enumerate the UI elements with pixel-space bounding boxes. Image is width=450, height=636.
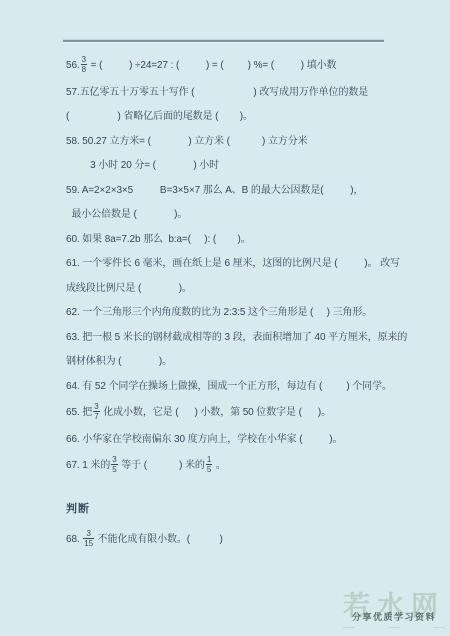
question-text: 56. <box>66 60 80 71</box>
fraction-denominator: 8 <box>81 64 87 74</box>
question-62: 62. 一个三角形三个内角度数的比为 2:3:5 这个三角形是 ( ) 三角形。 <box>66 305 422 320</box>
question-text: 57.五亿零五十万零五十写作 ( ) 改写成用万作单位的数是 <box>66 87 368 98</box>
section-heading-judge: 判断 <box>66 500 422 516</box>
watermark: 若水网 分享优质学习资料 —————— <box>333 592 450 631</box>
question-text: 61. 一个零件长 6 毫米，画在纸上是 6 厘米，这图的比例尺是 ( )。 改… <box>66 258 400 269</box>
fraction-numerator: 3 <box>81 55 87 64</box>
question-61-line2: 成线段比例尺是 ( )。 <box>66 281 422 296</box>
question-text: 化成小数，它是 ( ) 小数，第 50 位数字是 ( )。 <box>101 407 331 418</box>
question-63-line2: 钢材体积为 ( )。 <box>66 354 422 369</box>
question-68: 68. 315 不能化成有限小数。( ) <box>66 530 422 549</box>
question-text: 66. 小华家在学校南偏东 30 度方向上，学校在小华家 ( )。 <box>66 434 342 445</box>
question-text: 65. 把 <box>66 407 92 418</box>
fraction: 315 <box>82 529 95 548</box>
question-text: 钢材体积为 ( )。 <box>66 356 172 367</box>
question-text: 62. 一个三角形三个内角度数的比为 2:3:5 这个三角形是 ( ) 三角形。 <box>66 307 372 318</box>
question-text: 59. A=2×2×3×5 B=3×5×7 那么 A、B 的最大公因数是( )， <box>66 185 363 196</box>
question-59-line2: 最小公倍数是 ( )。 <box>66 207 422 222</box>
question-58-line1: 58. 50.27 立方米= ( ) 立方米 ( ) 立方分米 <box>66 134 422 149</box>
question-56: 56.38 = ( ) ÷24=27 : ( ) = ( ) %= ( ) 填小… <box>66 56 422 75</box>
question-text: 3 小时 20 分= ( ) 小时 <box>66 160 219 171</box>
question-57-line1: 57.五亿零五十万零五十写作 ( ) 改写成用万作单位的数是 <box>66 85 422 100</box>
question-text: 等于 ( ) 米的 <box>119 460 205 471</box>
question-text: 67. 1 米的 <box>66 460 110 471</box>
top-divider-line <box>63 39 384 43</box>
fraction-denominator: 7 <box>93 411 99 421</box>
question-63-line1: 63. 把一根 5 米长的钢材截成相等的 3 段，表面积增加了 40 平方厘米，… <box>66 330 422 345</box>
question-text: 68. <box>66 534 82 545</box>
fraction-numerator: 1 <box>206 455 212 464</box>
fraction-numerator: 3 <box>111 455 117 464</box>
question-text: 成线段比例尺是 ( )。 <box>66 283 192 294</box>
fill-in-blank-section: 56.38 = ( ) ÷24=27 : ( ) = ( ) %= ( ) 填小… <box>66 56 422 475</box>
question-66: 66. 小华家在学校南偏东 30 度方向上，学校在小华家 ( )。 <box>66 432 422 447</box>
question-text: 不能化成有限小数。( ) <box>95 534 223 545</box>
question-text: 最小公倍数是 ( )。 <box>66 209 187 220</box>
fraction: 15 <box>205 455 213 474</box>
fraction: 35 <box>110 455 118 474</box>
worksheet-page: 56.38 = ( ) ÷24=27 : ( ) = ( ) %= ( ) 填小… <box>0 0 450 636</box>
judge-section: 68. 315 不能化成有限小数。( ) <box>66 530 422 549</box>
question-text: 63. 把一根 5 米长的钢材截成相等的 3 段，表面积增加了 40 平方厘米，… <box>66 332 407 343</box>
watermark-mark: —— <box>343 625 355 631</box>
fraction: 37 <box>92 402 100 421</box>
worksheet-content: 56.38 = ( ) ÷24=27 : ( ) = ( ) %= ( ) 填小… <box>66 56 422 559</box>
question-60: 60. 如果 8a=7.2b 那么 b:a=( ): ( )。 <box>66 232 422 247</box>
fraction-denominator: 15 <box>83 538 94 548</box>
fraction: 38 <box>80 55 88 74</box>
question-59-line1: 59. A=2×2×3×5 B=3×5×7 那么 A、B 的最大公因数是( )， <box>66 183 422 198</box>
watermark-marks: —————— <box>333 623 450 631</box>
question-text: = ( ) ÷24=27 : ( ) = ( ) %= ( ) 填小数 <box>88 60 336 71</box>
watermark-mark: —— <box>388 625 400 631</box>
question-text: 。 <box>213 460 226 471</box>
question-65: 65. 把37 化成小数，它是 ( ) 小数，第 50 位数字是 ( )。 <box>66 403 422 422</box>
watermark-mark: —— <box>433 625 445 631</box>
watermark-subtext: 分享优质学习资料 <box>333 610 450 623</box>
question-67: 67. 1 米的35 等于 ( ) 米的15 。 <box>66 456 422 475</box>
question-text: ( ) 省略亿后面的尾数是 ( )。 <box>66 111 253 122</box>
question-61-line1: 61. 一个零件长 6 毫米，画在纸上是 6 厘米，这图的比例尺是 ( )。 改… <box>66 256 422 271</box>
question-text: 60. 如果 8a=7.2b 那么 b:a=( ): ( )。 <box>66 234 251 245</box>
question-text: 58. 50.27 立方米= ( ) 立方米 ( ) 立方分米 <box>66 136 308 147</box>
fraction-numerator: 3 <box>85 529 91 538</box>
question-64: 64. 有 52 个同学在操场上做操，围成一个正方形，每边有 ( ) 个同学。 <box>66 379 422 394</box>
question-58-line2: 3 小时 20 分= ( ) 小时 <box>66 158 422 173</box>
question-57-line2: ( ) 省略亿后面的尾数是 ( )。 <box>66 109 422 124</box>
fraction-numerator: 3 <box>93 402 99 411</box>
fraction-denominator: 5 <box>111 464 117 474</box>
fraction-denominator: 5 <box>206 464 212 474</box>
question-text: 64. 有 52 个同学在操场上做操，围成一个正方形，每边有 ( ) 个同学。 <box>66 381 392 392</box>
